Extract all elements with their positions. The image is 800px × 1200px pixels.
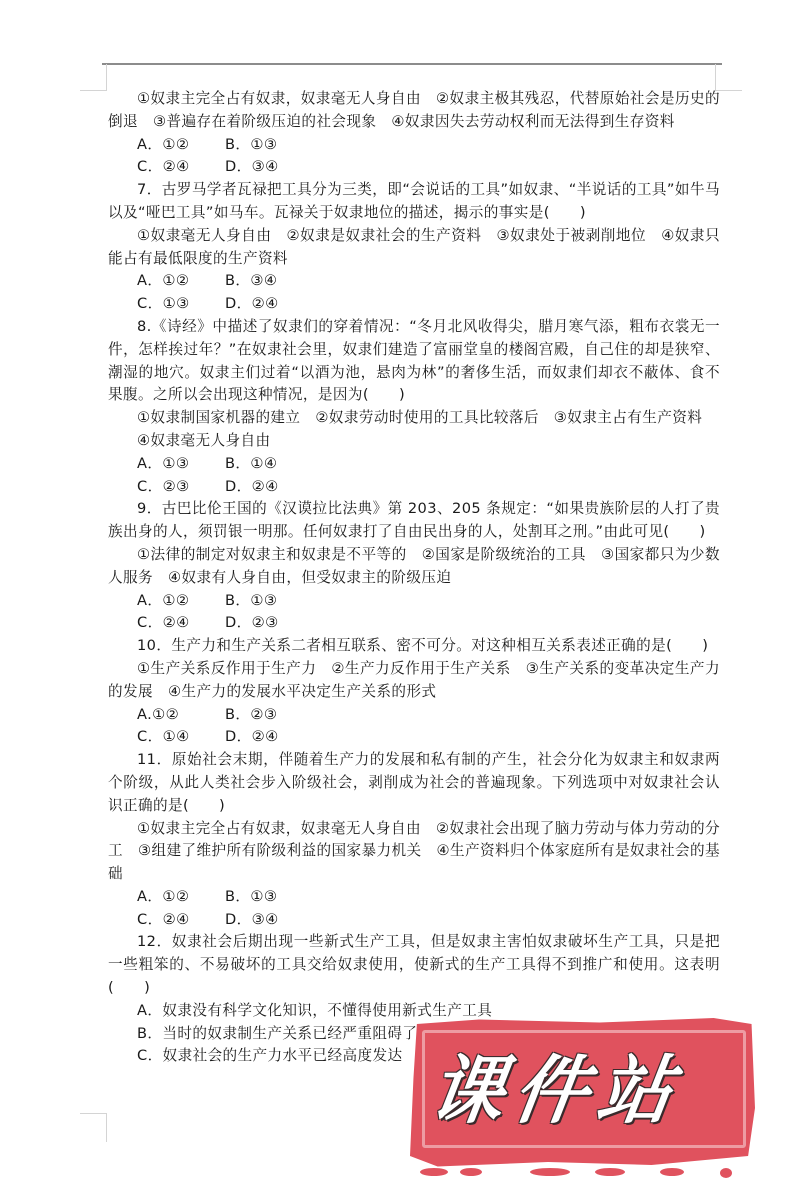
corner-mark-bottom-left (80, 1113, 107, 1142)
question-11: 11．原始社会末期，伴随着生产力的发展和私有制的产生，社会分化为奴隶主和奴隶两个… (108, 749, 720, 931)
option-c: C．①③ (137, 293, 225, 316)
question-6: ①奴隶主完全占有奴隶，奴隶毫无人身自由 ②奴隶主极其残忍，代替原始社会是历史的倒… (108, 88, 720, 179)
option-d: D．②④ (225, 726, 313, 749)
option-a: A．①② (137, 590, 225, 613)
question-statements: ①奴隶毫无人身自由 ②奴隶是奴隶社会的生产资料 ③奴隶处于被剥削地位 ④奴隶只能… (108, 225, 720, 271)
option-b: B．①③ (225, 134, 313, 157)
document-body: ①奴隶主完全占有奴隶，奴隶毫无人身自由 ②奴隶主极其残忍，代替原始社会是历史的倒… (108, 88, 720, 1068)
question-8: 8.《诗经》中描述了奴隶们的穿着情况：“冬月北风收得尖，腊月寒气添，粗布衣裳无一… (108, 316, 720, 498)
question-stem: 12．奴隶社会后期出现一些新式生产工具，但是奴隶主害怕奴隶破坏生产工具，只是把一… (108, 931, 720, 999)
options-row: A．①③B．①④ (108, 453, 720, 476)
options-row: A．①②B．③④ (108, 270, 720, 293)
option-d: D．③④ (225, 156, 313, 179)
question-stem: 9．古巴比伦王国的《汉谟拉比法典》第 203、205 条规定：“如果贵族阶层的人… (108, 498, 720, 544)
question-statements: ①奴隶主完全占有奴隶，奴隶毫无人身自由 ②奴隶社会出现了脑力劳动与体力劳动的分工… (108, 818, 720, 886)
option-a: A.①② (137, 704, 225, 727)
stamp-dots (420, 1168, 740, 1178)
stamp-dot (530, 1168, 570, 1176)
option-b: B．①④ (225, 453, 313, 476)
options-row: C．①③D．②④ (108, 293, 720, 316)
option-c: C．②④ (137, 909, 225, 932)
option-c: C．②③ (137, 476, 225, 499)
question-statements: ①奴隶制国家机器的建立 ②奴隶劳动时使用的工具比较落后 ③奴隶主占有生产资料 (108, 407, 720, 430)
question-stem: 10．生产力和生产关系二者相互联系、密不可分。对这种相互关系表述正确的是( ) (108, 635, 720, 658)
question-stem: 8.《诗经》中描述了奴隶们的穿着情况：“冬月北风收得尖，腊月寒气添，粗布衣裳无一… (108, 316, 720, 407)
option-c: C．①④ (137, 726, 225, 749)
option-d: D．②③ (225, 612, 313, 635)
question-7: 7．古罗马学者瓦禄把工具分为三类，即“会说话的工具”如奴隶、“半说话的工具”如牛… (108, 179, 720, 316)
question-statements: ①法律的制定对奴隶主和奴隶是不平等的 ②国家是阶级统治的工具 ③国家都只为少数人… (108, 544, 720, 590)
stamp-dot (420, 1168, 448, 1176)
option-d: D．②④ (225, 476, 313, 499)
option-a: A．①② (137, 270, 225, 293)
header-rule (102, 63, 722, 65)
option-d: D．③④ (225, 909, 313, 932)
option-a: A．①③ (137, 453, 225, 476)
stamp-dot (660, 1168, 684, 1176)
options-row: C．②④D．②③ (108, 612, 720, 635)
options-row: A．①②B．①③ (108, 886, 720, 909)
question-statement-4: ④奴隶毫无人身自由 (108, 430, 720, 453)
options-row: C．②④D．③④ (108, 909, 720, 932)
option-b: B．③④ (225, 270, 313, 293)
question-stem: 7．古罗马学者瓦禄把工具分为三类，即“会说话的工具”如奴隶、“半说话的工具”如牛… (108, 179, 720, 225)
options-row: A．①②B．①③ (108, 134, 720, 157)
question-10: 10．生产力和生产关系二者相互联系、密不可分。对这种相互关系表述正确的是( ) … (108, 635, 720, 749)
option-c: C．②④ (137, 156, 225, 179)
option-a: A．①② (137, 134, 225, 157)
stamp-dot (460, 1168, 482, 1176)
option-b: B．②③ (225, 704, 313, 727)
options-row: A．①②B．①③ (108, 590, 720, 613)
option-d: D．②④ (225, 293, 313, 316)
question-statements: ①生产关系反作用于生产力 ②生产力反作用于生产关系 ③生产关系的变革决定生产力的… (108, 658, 720, 704)
stamp-dot (595, 1168, 625, 1176)
options-row: C．②④D．③④ (108, 156, 720, 179)
question-statements: ①奴隶主完全占有奴隶，奴隶毫无人身自由 ②奴隶主极其残忍，代替原始社会是历史的倒… (108, 88, 720, 134)
option-b: B．①③ (225, 590, 313, 613)
watermark-text: 课件站 (422, 1036, 747, 1146)
stamp-dot (720, 1168, 732, 1178)
option-a: A．①② (137, 886, 225, 909)
corner-mark-top-right (715, 64, 742, 91)
watermark-stamp: 课件站 (400, 1018, 760, 1168)
options-row: C．①④D．②④ (108, 726, 720, 749)
document-page: ①奴隶主完全占有奴隶，奴隶毫无人身自由 ②奴隶主极其残忍，代替原始社会是历史的倒… (0, 0, 800, 1200)
options-row: A.①②B．②③ (108, 704, 720, 727)
question-stem: 11．原始社会末期，伴随着生产力的发展和私有制的产生，社会分化为奴隶主和奴隶两个… (108, 749, 720, 817)
options-row: C．②③D．②④ (108, 476, 720, 499)
question-9: 9．古巴比伦王国的《汉谟拉比法典》第 203、205 条规定：“如果贵族阶层的人… (108, 498, 720, 635)
option-b: B．①③ (225, 886, 313, 909)
option-c: C．②④ (137, 612, 225, 635)
corner-mark-top-left (80, 64, 107, 91)
